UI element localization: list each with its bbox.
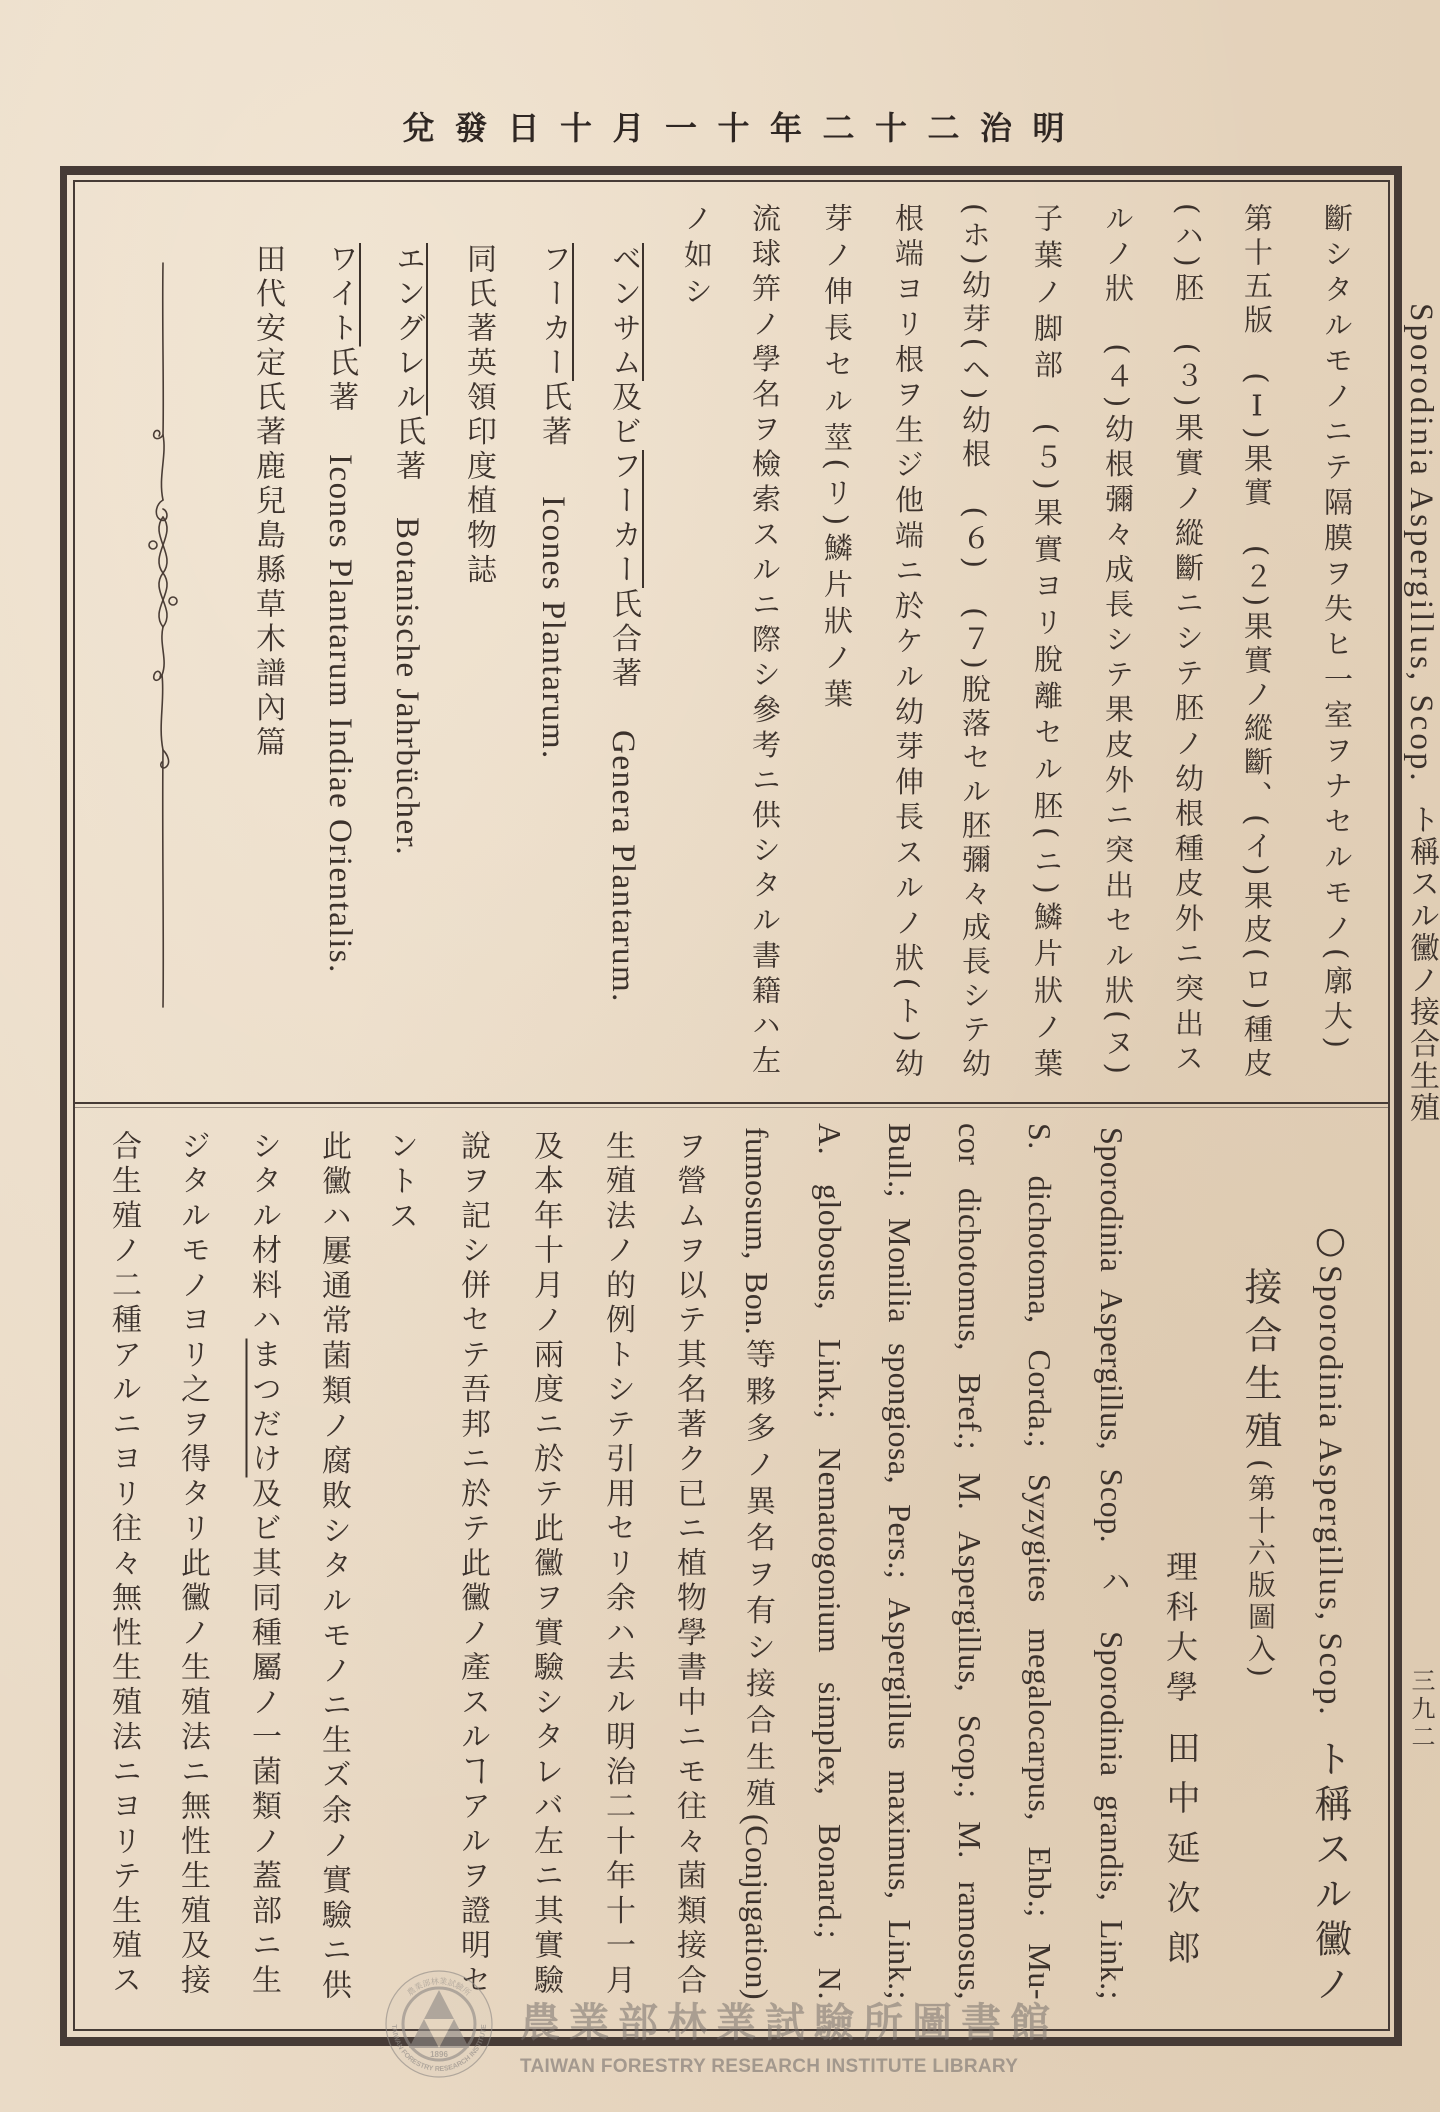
- frame-left-thin-rule: [73, 180, 75, 2031]
- reference-item: フーカー氏著Icones Plantarum.: [533, 243, 573, 760]
- author-role: 氏著: [323, 347, 358, 416]
- body-line: Bull.; Monilia spongiosa, Pers.; Aspergi…: [880, 1123, 920, 2000]
- section-divider-thin-rule: [73, 1107, 1390, 1108]
- library-watermark-chinese: 農業部林業試驗所圖書館: [520, 2001, 1059, 2045]
- reference-item: 同氏著英領印度植物誌: [458, 243, 498, 588]
- synonym-list: cor dichotomus, Bref.; M. Aspergillus, S…: [952, 1123, 988, 2000]
- article-subtitle: 接合生殖(第十六版圖入): [1236, 1267, 1284, 1681]
- book-title: Genera Plantarum.: [605, 730, 641, 1003]
- book-title: Icones Plantarum Indiae Orientalis.: [322, 454, 358, 974]
- article-title: ○Sporodinia Aspergillus, Scop.ト稱スル黴ノ: [1306, 1220, 1354, 2009]
- plate-caption-line: 根端ヨリ根ヲ生ジ他端ニ於ケル幼芽伸長スルノ狀(ト)幼: [888, 203, 928, 1080]
- species-name: Sporodinia Aspergillus, Scop.: [1094, 1127, 1130, 1543]
- plate-caption-line: (ホ)幼芽(ヘ)幼根 (６) (７)脫落セル胚彌々成長シテ幼: [955, 203, 995, 1080]
- conjunction: 及ビ: [606, 381, 641, 450]
- body-line: S. dichotoma, Corda.; Syzygites megaloca…: [1020, 1123, 1060, 2000]
- circle-marker-icon: ○: [1310, 1220, 1351, 1265]
- body-line: fumosum, Bon.等夥多ノ異名ヲ有シ接合生殖(Conjugation): [737, 1127, 777, 2000]
- body-line: ジタルモノヨリ之ヲ得タリ此黴ノ生殖法ニ無性生殖及接: [172, 1130, 212, 1997]
- frame-right-thin-rule: [1388, 180, 1390, 2031]
- article-title-japanese: ト稱スル黴ノ: [1308, 1739, 1352, 2009]
- plate-caption-line: 第十五版 (Ⅰ)果實 (２)果實ノ縱斷、(イ)果皮(ロ)種皮: [1237, 203, 1277, 1080]
- body-text: シタル材料ハ: [246, 1130, 281, 1339]
- decorative-scroll-ornament-icon: [141, 255, 185, 1015]
- particle: ハ: [1095, 1566, 1130, 1609]
- article-title-latin: Sporodinia Aspergillus, Scop.: [1312, 1265, 1348, 1717]
- frame-top-thin-rule: [73, 180, 1390, 182]
- reference-item: 田代安定氏著鹿兒島縣草木譜內篇: [247, 243, 287, 761]
- reference-item: エングレル氏著Botanische Jahrbücher.: [387, 243, 427, 856]
- synonym-list: A. globosus, Link.; Nematogonium simplex…: [812, 1123, 848, 2000]
- body-line: ントス: [380, 1130, 420, 1235]
- plate-note: (第十六版圖入): [1244, 1459, 1277, 1681]
- body-line: 生殖法ノ的例トシテ引用セリ余ハ去ル明治二十年十一月: [597, 1130, 637, 1997]
- plate-caption-line: 芽ノ伸長セル莖(リ)鱗片狀ノ葉: [817, 203, 857, 715]
- marked-term: まつだけ: [246, 1339, 281, 1478]
- body-line: 此黴ハ屢通常菌類ノ腐敗シタルモノニ生ズ余ノ實驗ニ供: [313, 1130, 353, 2002]
- library-watermark-english: TAIWAN FORESTRY RESEARCH INSTITUTE LIBRA…: [520, 2056, 1018, 2078]
- article-subtitle-text: 接合生殖: [1238, 1267, 1282, 1459]
- body-line: A. globosus, Link.; Nematogonium simplex…: [810, 1123, 850, 2000]
- scanned-journal-page: 明治二十二年十一月十日發兌 Sporodinia Aspergillus, Sc…: [0, 0, 1440, 2112]
- author-affiliation: 理科大學: [1161, 1550, 1199, 1710]
- library-seal-icon: 農業部林業試驗所 TAIWAN FORESTRY RESEARCH INSTIT…: [383, 1968, 495, 2080]
- author-name: エングレル: [390, 243, 425, 416]
- species-name: Sporodinia grandis, Link.;: [1094, 1631, 1130, 2000]
- author-role: 氏著: [536, 381, 571, 450]
- issue-date-header: 明治二十二年十一月十日發兌: [395, 108, 1085, 148]
- author-name: フーカー: [536, 243, 571, 381]
- reference-item: ベンサム及ビフーカー氏合著Genera Plantarum.: [603, 243, 643, 1002]
- plate-caption-line: ルノ狀 (４)幼根彌々成長シテ果皮外ニ突出セル狀(ヌ): [1098, 203, 1138, 1077]
- section-divider-rule: [73, 1102, 1390, 1104]
- latin-term: (Conjugation): [739, 1814, 775, 2000]
- author-role: 氏合著: [606, 588, 641, 692]
- body-line: 及本年十月ノ兩度ニ於テ此黴ヲ實驗シタレバ左ニ其實驗: [525, 1130, 565, 1997]
- body-line: cor dichotomus, Bref.; M. Aspergillus, S…: [950, 1123, 990, 2000]
- running-head: Sporodinia Aspergillus, Scop.ト稱スル黴ノ接合生殖: [1401, 303, 1440, 1124]
- frame-top-thick-rule: [60, 166, 1402, 175]
- author-name: ベンサム: [606, 243, 641, 381]
- body-line: シタル材料ハまつだけ及ビ其同種屬ノ一菌類ノ蓋部ニ生: [243, 1130, 283, 1997]
- author-name: フーカー: [606, 450, 641, 588]
- seal-year: 1896: [430, 2050, 448, 2059]
- body-line: 說ヲ記シ併セテ吾邦ニ於テ此黴ノ產スルヿアルヲ證明セ: [452, 1130, 492, 1997]
- author-name: ワイト: [323, 243, 358, 347]
- synonym-list: Bull.; Monilia spongiosa, Pers.; Aspergi…: [882, 1123, 918, 2000]
- body-line: 合生殖ノ二種アルニヨリ往々無性生殖法ニヨリテ生殖ス: [103, 1130, 143, 1997]
- references-intro-line: 流球笄ノ學名ヲ檢索スルニ際シ參考ニ供シタル書籍ハ左: [745, 203, 785, 1077]
- running-head-latin: Sporodinia Aspergillus, Scop.: [1403, 303, 1439, 784]
- running-head-japanese: ト稱スル黴ノ接合生殖: [1404, 804, 1439, 1124]
- reference-item: ワイト氏著Icones Plantarum Indiae Orientalis.: [320, 243, 360, 973]
- reference-text: 田代安定氏著鹿兒島縣草木譜內篇: [250, 243, 285, 761]
- body-line: Sporodinia Aspergillus, Scop. ハ Sporodin…: [1092, 1127, 1132, 2000]
- page-number: 三九二: [1409, 1668, 1433, 1752]
- body-text: 及ビ其同種屬ノ一菌類ノ蓋部ニ生: [246, 1478, 281, 1998]
- reference-text: 同氏著英領印度植物誌: [461, 243, 496, 588]
- references-intro-line: ノ如シ: [677, 203, 717, 313]
- plate-caption-line: 斷シタルモノニテ隔膜ヲ失ヒ一室ヲナセルモノ(廓大): [1317, 203, 1357, 1051]
- byline: 理科大學田中延次郎: [1160, 1550, 1200, 1980]
- plate-caption-line: 子葉ノ脚部 (５)果實ヨリ脫離セル胚(ニ)鱗片狀ノ葉: [1027, 203, 1067, 1080]
- author-name: 田中延次郎: [1160, 1730, 1200, 1980]
- body-text: 等夥多ノ異名ヲ有シ接合生殖: [740, 1335, 775, 1814]
- book-title: Icones Plantarum.: [535, 496, 571, 760]
- frame-left-thick-rule: [60, 166, 67, 2046]
- synonym-list: S. dichotoma, Corda.; Syzygites megaloca…: [1022, 1123, 1058, 2000]
- book-title: Botanische Jahrbücher.: [389, 517, 425, 856]
- body-line: ヲ營ムヲ以テ其名著ク已ニ植物學書中ニモ往々菌類接合: [668, 1130, 708, 1997]
- author-role: 氏著: [390, 416, 425, 485]
- plate-caption-line: (ハ)胚 (３)果實ノ縱斷ニシテ胚ノ幼根種皮外ニ突出ス: [1168, 203, 1208, 1075]
- synonym-list: fumosum, Bon.: [739, 1127, 775, 1335]
